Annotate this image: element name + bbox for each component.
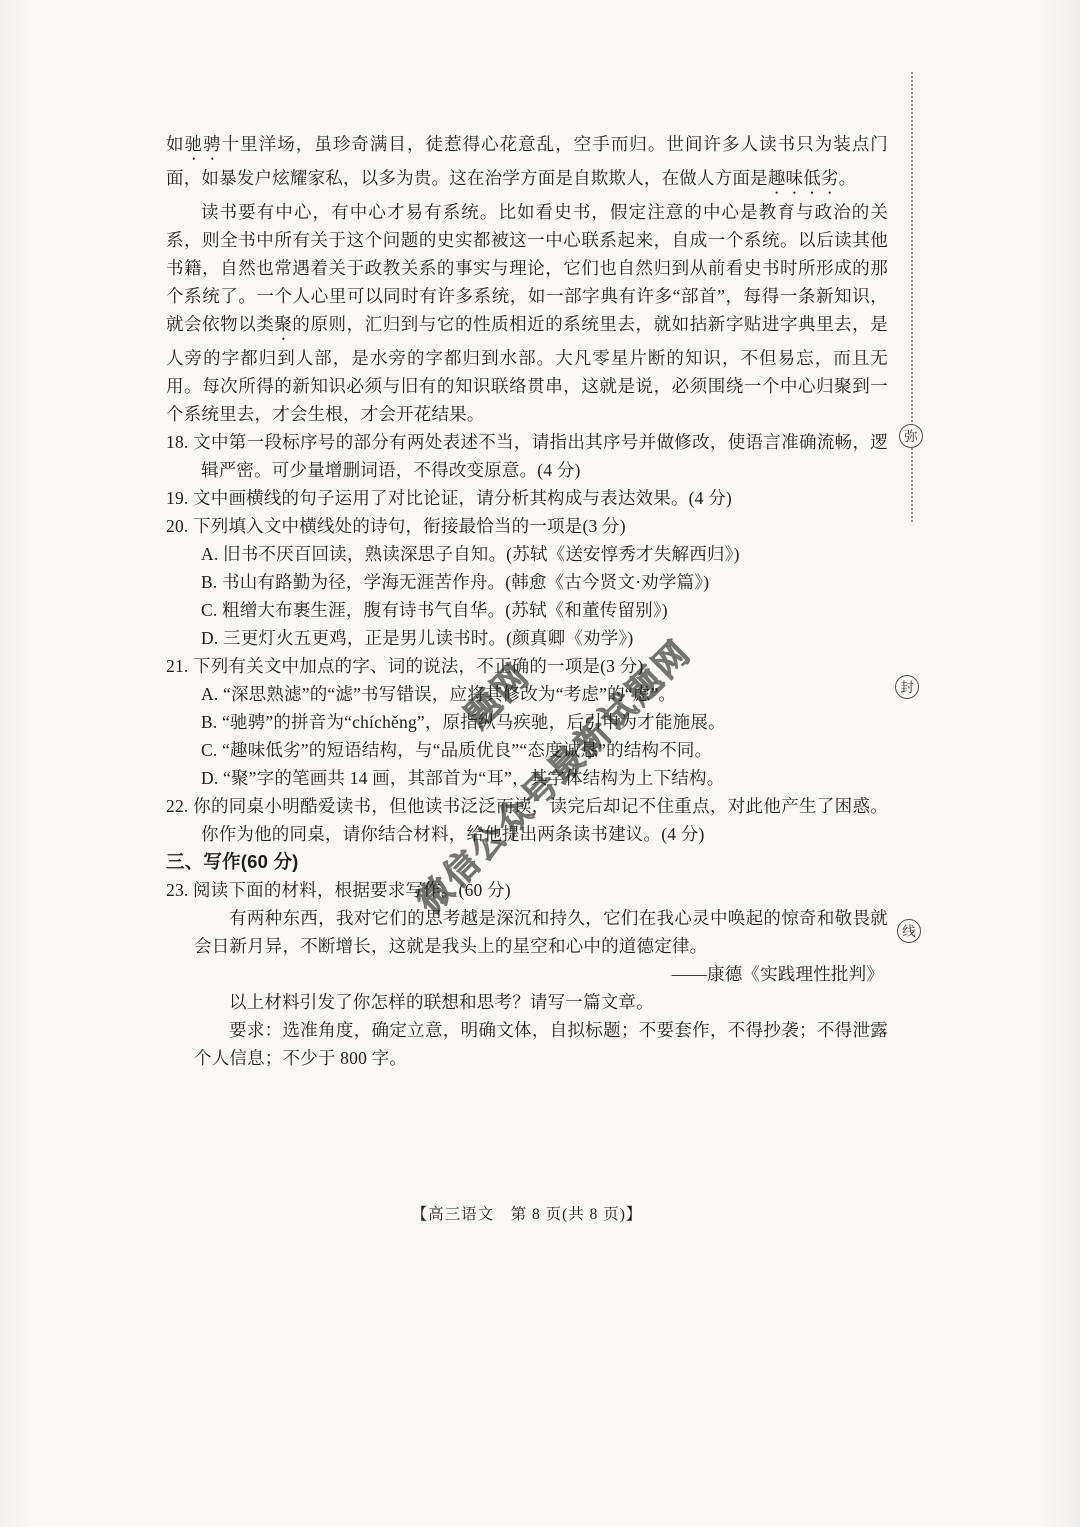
question-20-option-b: B. 书山有路勤为径，学海无涯苦作舟。(韩愈《古今贤文·劝学篇》) [201, 568, 888, 596]
question-21-option-c: C. “趣味低劣”的短语结构，与“品质优良”“态度诚恳”的结构不同。 [201, 736, 888, 764]
question-19: 19. 文中画横线的句子运用了对比论证，请分析其构成与表达效果。(4 分) [166, 484, 888, 512]
passage-paragraph-continuation: 如驰骋十里洋场，虽珍奇满目，徒惹得心花意乱，空手而归。世间许多人读书只为装点门面… [166, 130, 888, 198]
question-22: 22. 你的同桌小明酷爱读书，但他读书泛泛而读，读完后却记不住重点，对此他产生了… [166, 792, 888, 848]
question-21-option-b: B. “驰骋”的拼音为“chíchěng”，原指纵马疾驰，后引申为才能施展。 [201, 708, 888, 736]
seal-mark-feng: 封 [895, 675, 919, 699]
question-20-option-a: A. 旧书不厌百回读，熟读深思子自知。(苏轼《送安惇秀才失解西归》) [201, 540, 888, 568]
page-footer: 【高三语文 第 8 页(共 8 页)】 [166, 1202, 888, 1224]
exam-page-scan: { "document": { "footer": "【高三语文 第 8 页(共… [0, 0, 1080, 1527]
essay-material-quote: 有两种东西，我对它们的思考越是深沉和持久，它们在我心灵中唤起的惊奇和敬畏就会日新… [194, 904, 888, 960]
question-21-option-a: A. “深思熟滤”的“滤”书写错误，应将其修改为“考虑”的“虑”。 [201, 680, 888, 708]
question-21: 21. 下列有关文中加点的字、词的说法，不正确的一项是(3 分) [166, 652, 888, 680]
essay-material-attribution: ——康德《实践理性批判》 [166, 960, 888, 988]
question-23: 23. 阅读下面的材料，根据要求写作。(60 分) [166, 876, 888, 904]
seal-mark-xian: 线 [897, 919, 921, 943]
essay-prompt: 以上材料引发了你怎样的联想和思考？请写一篇文章。 [194, 988, 888, 1016]
question-20: 20. 下列填入文中横线处的诗句，衔接最恰当的一项是(3 分) [166, 512, 888, 540]
seal-mark-mi: 弥 [899, 424, 923, 448]
seal-dotted-line [911, 72, 913, 522]
essay-requirements: 要求：选准角度，确定立意，明确文体，自拟标题；不要套作，不得抄袭；不得泄露个人信… [194, 1016, 888, 1072]
question-20-option-c: C. 粗缯大布裹生涯，腹有诗书气自华。(苏轼《和董传留别》) [201, 596, 888, 624]
question-21-option-d: D. “聚”字的笔画共 14 画，其部首为“耳”，其字体结构为上下结构。 [201, 764, 888, 792]
exam-content-column: 如驰骋十里洋场，虽珍奇满目，徒惹得心花意乱，空手而归。世间许多人读书只为装点门面… [166, 130, 888, 1072]
question-18: 18. 文中第一段标序号的部分有两处表述不当，请指出其序号并做修改，使语言准确流… [166, 428, 888, 484]
passage-paragraph-2: 读书要有中心，有中心才易有系统。比如看史书，假定注意的中心是教育与政治的关系，则… [166, 198, 888, 428]
question-20-option-d: D. 三更灯火五更鸡，正是男儿读书时。(颜真卿《劝学》) [201, 624, 888, 652]
section-heading-writing: 三、写作(60 分) [166, 848, 888, 876]
